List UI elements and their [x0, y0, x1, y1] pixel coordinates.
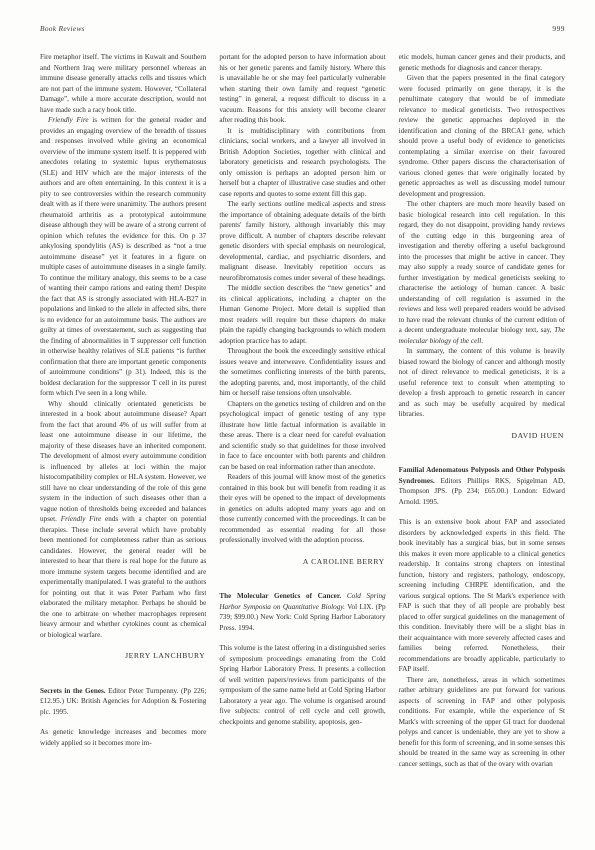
review-heading: Secrets in the Genes. Editor Peter Turnp…: [40, 686, 206, 718]
paragraph: In summary, the content of this volume i…: [399, 346, 565, 420]
text-segment: JERRY LANCHBURY: [125, 651, 205, 660]
column-middle: portant for the adopted person to have i…: [219, 52, 385, 794]
paragraph: etic models, human cancer genes and thei…: [399, 52, 565, 73]
paragraph: This volume is the latest offering in a …: [219, 643, 385, 727]
text-segment: Readers of this journal will know most o…: [219, 473, 385, 544]
paragraph: Fire metaphor itself. The victims in Kuw…: [40, 52, 206, 115]
column-right: etic models, human cancer genes and thei…: [399, 52, 565, 794]
reviewer-signature: JERRY LANCHBURY: [40, 651, 205, 662]
text-segment: This is an extensive book about FAP and …: [399, 518, 565, 673]
text-segment: etic models, human cancer genes and thei…: [399, 53, 565, 72]
paragraph: Why should clinically orientated genetic…: [40, 399, 206, 641]
text-segment: It is multidisciplinary with contributio…: [219, 127, 385, 198]
paragraph: It is multidisciplinary with contributio…: [219, 126, 385, 200]
paragraph: As genetic knowledge increases and becom…: [40, 727, 206, 748]
text-columns: Fire metaphor itself. The victims in Kuw…: [40, 52, 565, 794]
paragraph: Throughout the book the exceedingly sens…: [219, 346, 385, 399]
book-reviews-page: Book Reviews 999 Fire metaphor itself. T…: [0, 0, 595, 850]
text-segment: portant for the adopted person to have i…: [219, 53, 385, 124]
text-segment: A CAROLINE BERRY: [303, 557, 385, 566]
page-number: 999: [552, 24, 565, 33]
text-segment: DAVID HUEN: [512, 431, 564, 440]
text-segment: The middle section describes the “new ge…: [219, 284, 385, 345]
paragraph: Friendly Fire is written for the general…: [40, 115, 206, 399]
text-segment: The Molecular Genetics of Cancer.: [219, 592, 341, 600]
text-segment: This volume is the latest offering in a …: [219, 644, 385, 726]
text-segment: Friendly Fire: [61, 515, 102, 523]
paragraph: The early sections outline medical aspec…: [219, 199, 385, 283]
text-segment: .: [481, 337, 483, 345]
reviewer-signature: DAVID HUEN: [399, 431, 564, 442]
reviewer-signature: A CAROLINE BERRY: [219, 557, 384, 568]
paragraph: This is an extensive book about FAP and …: [399, 517, 565, 675]
column-left: Fire metaphor itself. The victims in Kuw…: [40, 52, 206, 794]
text-segment: Fire metaphor itself. The victims in Kuw…: [40, 53, 206, 114]
text-segment: There are, nonetheless, areas in which s…: [399, 676, 565, 768]
review-heading: Familial Adenomatous Polyposis and Other…: [399, 465, 565, 507]
text-segment: Given that the papers presented in the f…: [399, 74, 565, 198]
text-segment: is written for the general reader and pr…: [40, 116, 206, 397]
text-segment: Why should clinically orientated genetic…: [40, 400, 206, 524]
paragraph: portant for the adopted person to have i…: [219, 52, 385, 126]
text-segment: The early sections outline medical aspec…: [219, 200, 385, 282]
paragraph: Chapters on the genetics testing of chil…: [219, 399, 385, 473]
text-segment: Friendly Fire: [48, 116, 89, 124]
text-segment: Chapters on the genetics testing of chil…: [219, 400, 385, 471]
text-segment: As genetic knowledge increases and becom…: [40, 728, 206, 747]
text-segment: The other chapters are much more heavily…: [399, 200, 565, 334]
text-segment: Secrets in the Genes.: [40, 687, 106, 695]
page-header: Book Reviews 999: [40, 24, 565, 33]
review-heading: The Molecular Genetics of Cancer. Cold S…: [219, 591, 385, 633]
text-segment: ends with a chapter on potential therapi…: [40, 515, 206, 639]
paragraph: Given that the papers presented in the f…: [399, 73, 565, 199]
paragraph: Readers of this journal will know most o…: [219, 472, 385, 546]
paragraph: There are, nonetheless, areas in which s…: [399, 675, 565, 770]
paragraph: The other chapters are much more heavily…: [399, 199, 565, 346]
text-segment: In summary, the content of this volume i…: [399, 347, 565, 418]
text-segment: Throughout the book the exceedingly sens…: [219, 347, 385, 397]
running-title: Book Reviews: [40, 24, 85, 33]
paragraph: The middle section describes the “new ge…: [219, 283, 385, 346]
